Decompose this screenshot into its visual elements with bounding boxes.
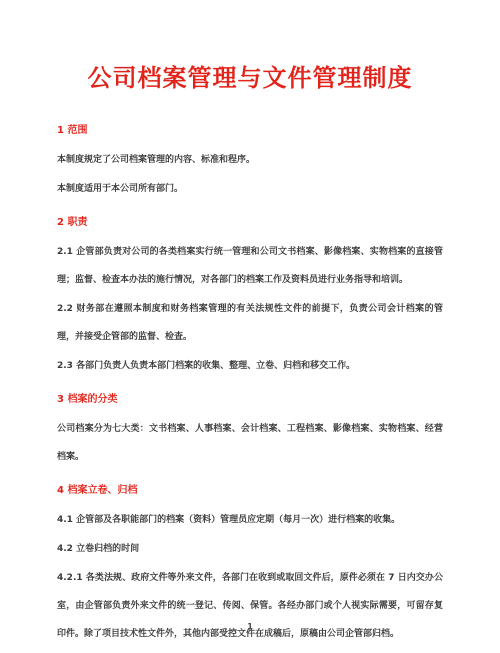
section-heading-classification: 3 档案的分类	[57, 386, 443, 414]
document-title: 公司档案管理与文件管理制度	[40, 62, 460, 94]
section-heading-scope: 1 范围	[57, 117, 443, 145]
paragraph-filing-4-2: 4.2 立卷归档的时间	[57, 535, 443, 563]
paragraph-scope-2: 本制度适用于本公司所有部门。	[57, 175, 443, 203]
page-number: 1	[0, 622, 500, 631]
section-heading-duties: 2 职责	[57, 209, 443, 237]
paragraph-duties-2-1: 2.1 企管部负责对公司的各类档案实行统一管理和公司文书档案、影像档案、实物档案…	[57, 238, 443, 294]
paragraph-classification-1: 公司档案分为七大类：文书档案、人事档案、会计档案、工程档案、影像档案、实物档案、…	[57, 415, 443, 471]
document-page: 公司档案管理与文件管理制度 1 范围 本制度规定了公司档案管理的内容、标准和程序…	[0, 0, 500, 653]
section-heading-filing: 4 档案立卷、归档	[57, 477, 443, 505]
paragraph-duties-2-2: 2.2 财务部在遵照本制度和财务档案管理的有关法规性文件的前提下，负责公司会计档…	[57, 295, 443, 351]
paragraph-filing-4-1: 4.1 企管部及各职能部门的档案（资料）管理员应定期（每月一次）进行档案的收集。	[57, 506, 443, 534]
paragraph-duties-2-3: 2.3 各部门负责人负责本部门档案的收集、整理、立卷、归档和移交工作。	[57, 352, 443, 380]
document-body: 1 范围 本制度规定了公司档案管理的内容、标准和程序。 本制度适用于本公司所有部…	[57, 117, 443, 648]
paragraph-scope-1: 本制度规定了公司档案管理的内容、标准和程序。	[57, 146, 443, 174]
paragraph-filing-4-2-1: 4.2.1 各类法规、政府文件等外来文件，各部门在收到或取回文件后，原件必须在 …	[57, 564, 443, 648]
